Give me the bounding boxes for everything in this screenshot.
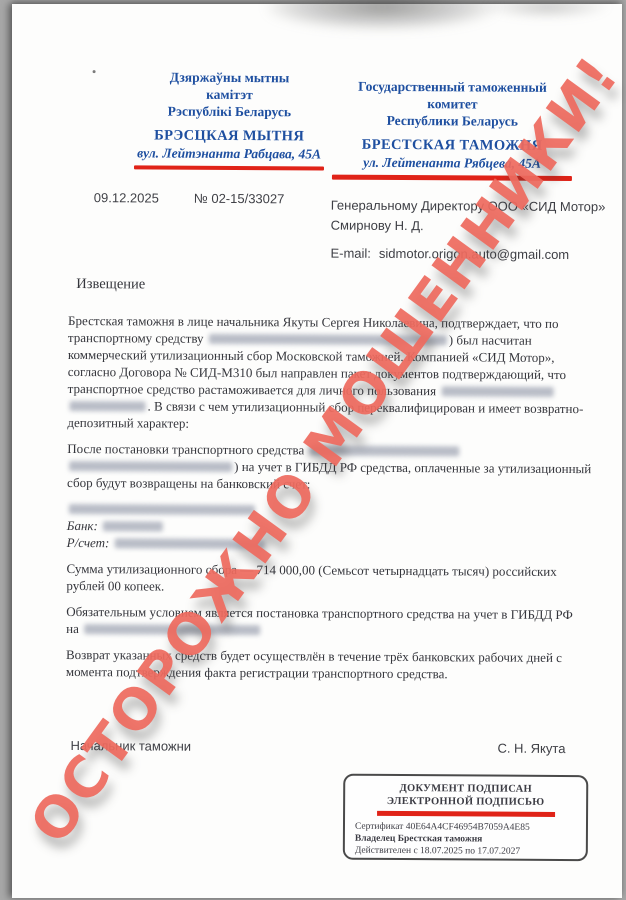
text-segment: транспортное средство растаможивается дл… <box>68 381 440 398</box>
redacted-text <box>309 445 459 456</box>
paragraph-sum: Сумма утилизационного сбора — 714 000,00… <box>66 560 611 597</box>
red-underline <box>134 165 324 170</box>
electronic-signature-stamp: ДОКУМЕНТ ПОДПИСАН ЭЛЕКТРОННОЙ ПОДПИСЬЮ С… <box>343 774 589 861</box>
document-title: Извещение <box>76 276 145 293</box>
text-segment: депозитный характер: <box>67 415 189 431</box>
org-name-line: комитет <box>327 95 577 114</box>
scanned-document: Дзяржаўны мытны камітэт Рэспублікі Белар… <box>0 0 626 900</box>
document-number: № 02-15/33027 <box>194 191 285 207</box>
text-line: сбор будут возвращены на банковский счет… <box>67 474 612 494</box>
paragraph-notice: Брестская таможня в лице начальника Якут… <box>67 312 613 434</box>
text-segment: транспортному средству <box>68 330 207 346</box>
redacted-text <box>70 401 146 411</box>
email-label: E-mail: <box>330 246 371 261</box>
document-page: Дзяржаўны мытны камітэт Рэспублікі Белар… <box>12 4 622 898</box>
text-line: на <box>66 620 611 640</box>
stamp-validity: Действителен с 18.07.2025 по 17.07.2027 <box>355 845 576 858</box>
stamp-title-line: ЭЛЕКТРОННОЙ ПОДПИСЬЮ <box>355 795 576 809</box>
text-segment: ) на учет в ГИБДД РФ средства, оплаченны… <box>234 459 591 476</box>
text-line: рублей 00 копеек. <box>66 577 611 597</box>
addressee-line: Смирнову Н. Д. <box>331 216 613 238</box>
customs-office-address: вул. Лейтэнанта Рабцава, 45А <box>99 144 359 163</box>
text-segment: Возврат указанных средств будет осуществ… <box>66 647 562 665</box>
text-segment: коммерческий утилизационный сбор Московс… <box>68 347 555 365</box>
text-segment: рублей 00 копеек. <box>66 578 164 594</box>
customs-office-name: БРЕСТСКАЯ ТАМОЖНЯ <box>327 136 577 156</box>
paragraph-refund: Возврат указанных средств будет осуществ… <box>66 646 611 683</box>
org-name-line: камітэт <box>99 85 359 104</box>
text-segment: Р/счет: <box>67 535 113 550</box>
text-segment: . В связи с чем утилизационный сбор пере… <box>148 398 584 416</box>
red-underline <box>332 175 572 181</box>
stamp-red-underline <box>377 811 555 817</box>
addressee-block: Генеральному Директору ООО «СИД Мотор» С… <box>331 196 613 238</box>
paragraph-registration: После постановки транспортного средства … <box>67 440 612 494</box>
text-segment: Банк: <box>67 518 101 533</box>
text-line: момента подтверждения факта регистрации … <box>66 663 611 683</box>
document-body: Брестская таможня в лице начальника Якут… <box>66 312 613 692</box>
org-name-line: Дзяржаўны мытны <box>100 68 360 87</box>
text-segment: на <box>66 621 82 636</box>
redacted-text <box>69 461 232 472</box>
redacted-text <box>115 538 265 549</box>
customs-office-name: БРЭСЦКАЯ МЫТНЯ <box>99 126 359 146</box>
addressee-line: Генеральному Директору ООО «СИД Мотор» <box>331 196 613 218</box>
paragraph-condition: Обязательным условием является постановк… <box>66 603 611 640</box>
text-segment: момента подтверждения факта регистрации … <box>66 664 448 681</box>
org-name-line: Государственный таможенный <box>327 78 577 97</box>
org-name-line: Республики Беларусь <box>327 112 577 131</box>
signer-name: С. Н. Якута <box>497 741 565 756</box>
signature-row: Начальник таможни С. Н. Якута <box>70 738 565 756</box>
text-line: депозитный характер: <box>67 414 612 434</box>
text-segment: После постановки транспортного средства <box>67 441 307 457</box>
letterhead-belarusian: Дзяржаўны мытны камітэт Рэспублікі Белар… <box>99 68 360 171</box>
text-segment: сбор будут возвращены на банковский счет… <box>67 475 310 491</box>
customs-office-address: ул. Лейтенанта Рябцева, 45А <box>327 154 577 173</box>
redacted-text <box>84 624 260 635</box>
email-address: sidmotor.origon.auto@gmail.com <box>379 246 569 262</box>
org-name-line: Рэспублікі Беларусь <box>99 102 359 121</box>
letterhead-russian: Государственный таможенный комитет Респу… <box>327 78 578 182</box>
text-segment: согласно Договора № СИД-М310 был направл… <box>68 364 566 382</box>
text-segment: Обязательным условием является постановк… <box>66 604 573 622</box>
redacted-text <box>441 386 553 397</box>
text-line: Р/счет: <box>67 534 612 554</box>
signer-position: Начальник таможни <box>70 738 191 754</box>
redacted-text <box>103 521 163 531</box>
page-content: Дзяржаўны мытны камітэт Рэспублікі Белар… <box>7 4 622 900</box>
bank-details-block: Банк: Р/счет: <box>67 500 612 554</box>
text-segment: Сумма утилизационного сбора — 714 000,00… <box>67 561 557 579</box>
redacted-text <box>69 504 255 515</box>
text-segment: Брестская таможня в лице начальника Якут… <box>68 313 559 331</box>
reference-row: 09.12.2025 № 02-15/33027 <box>94 190 159 205</box>
email-line: E-mail:sidmotor.origon.auto@gmail.com <box>330 246 569 262</box>
scan-dot-artifact <box>93 70 96 73</box>
document-date: 09.12.2025 <box>94 190 159 205</box>
redacted-text <box>209 334 447 345</box>
text-segment: ) был насчитан <box>449 332 532 348</box>
